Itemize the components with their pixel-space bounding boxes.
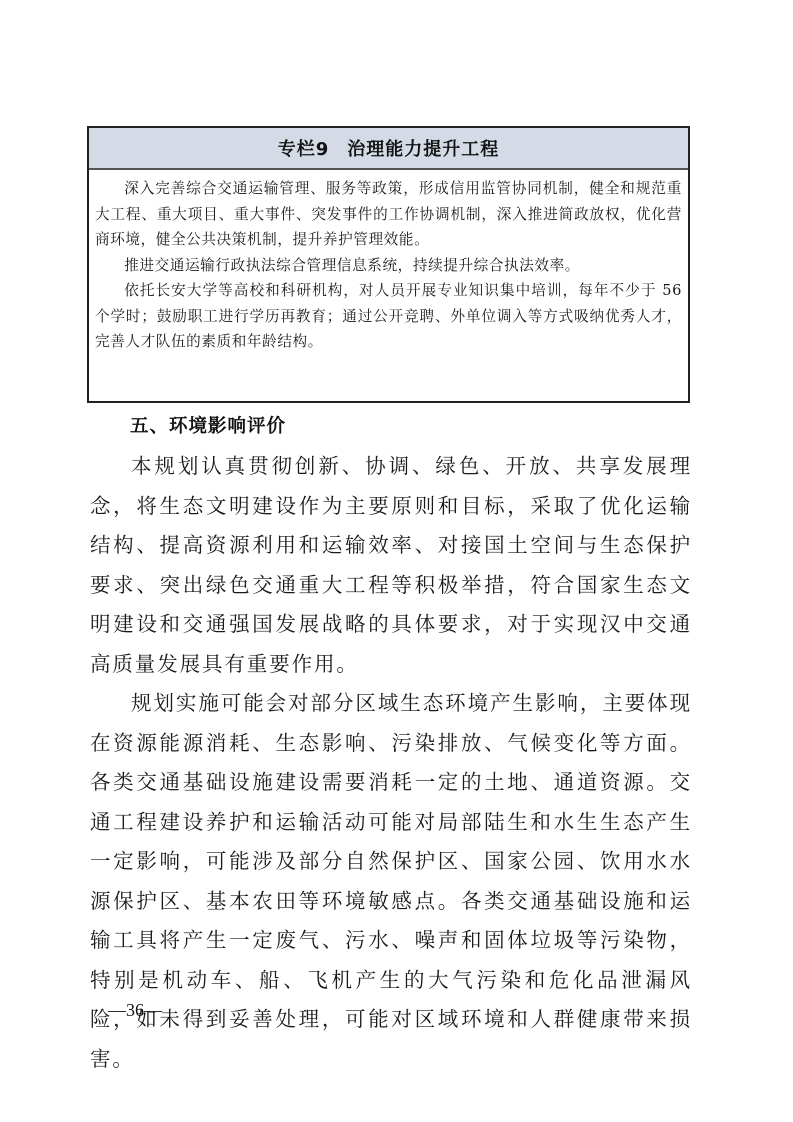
section-body: 本规划认真贯彻创新、协调、绿色、开放、共享发展理念，将生态文明建设作为主要原则和…: [90, 447, 692, 1079]
box-label: 专栏9: [278, 135, 330, 161]
body-paragraph: 本规划认真贯彻创新、协调、绿色、开放、共享发展理念，将生态文明建设作为主要原则和…: [90, 447, 692, 684]
box-paragraph: 依托长安大学等高校和科研机构，对人员开展专业知识集中培训，每年不少于 56 个学…: [95, 278, 682, 355]
sidebar-box-column-9: 专栏9 治理能力提升工程 深入完善综合交通运输管理、服务等政策，形成信用监管协同…: [87, 126, 690, 403]
box-paragraph: 推进交通运输行政执法综合管理信息系统，持续提升综合执法效率。: [95, 253, 682, 279]
section-heading: 五、环境影响评价: [130, 412, 286, 438]
body-paragraph: 规划实施可能会对部分区域生态环境产生影响，主要体现在资源能源消耗、生态影响、污染…: [90, 684, 692, 1079]
box-body: 深入完善综合交通运输管理、服务等政策，形成信用监管协同机制，健全和规范重大工程、…: [89, 170, 688, 355]
box-title: 治理能力提升工程: [347, 135, 499, 161]
box-header: 专栏9 治理能力提升工程: [89, 128, 688, 170]
box-paragraph: 深入完善综合交通运输管理、服务等政策，形成信用监管协同机制，健全和规范重大工程、…: [95, 176, 682, 253]
page-number: —36—: [108, 1000, 162, 1021]
